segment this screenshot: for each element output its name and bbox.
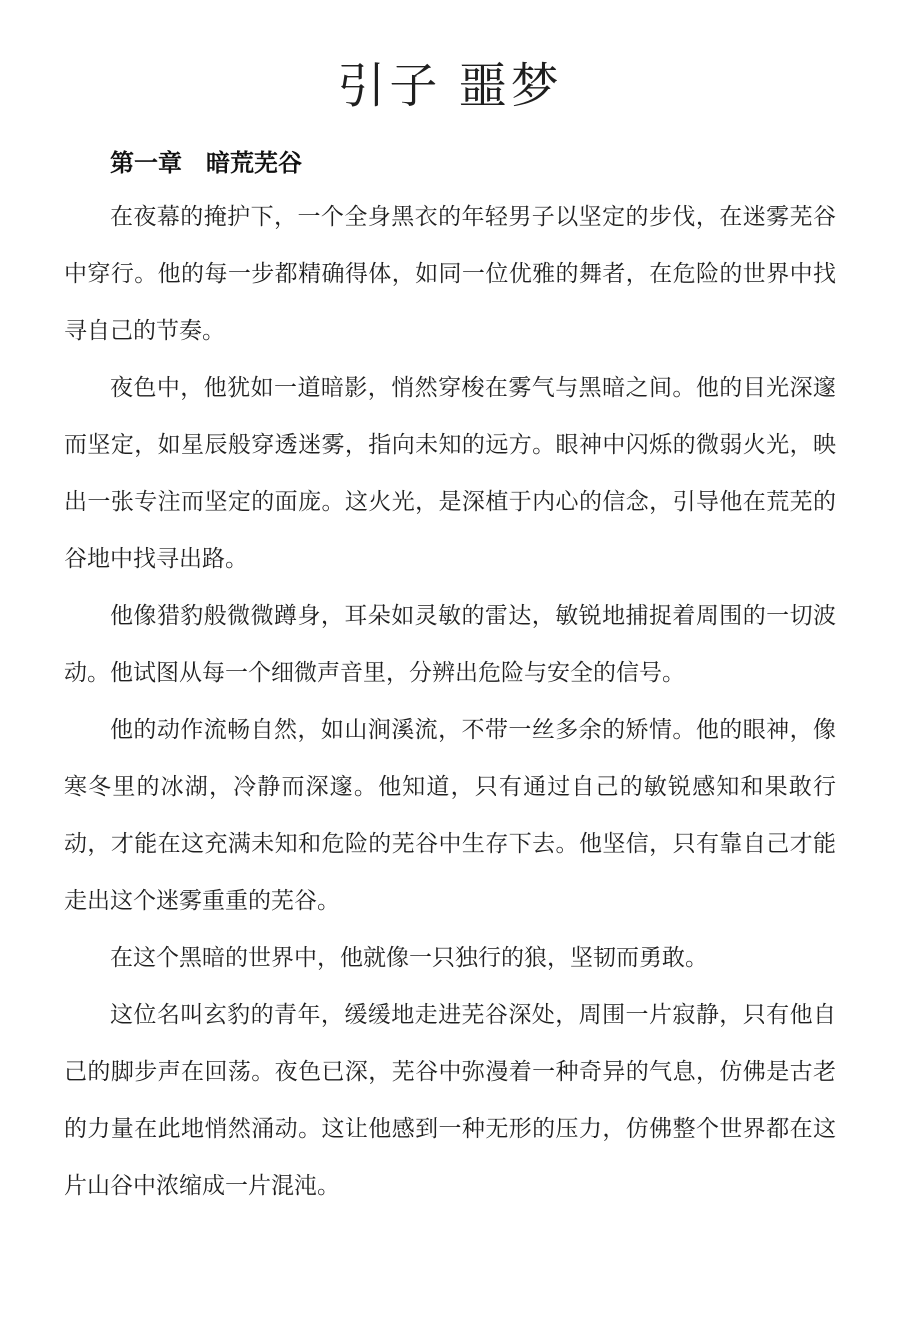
paragraph: 这位名叫玄豹的青年，缓缓地走进芜谷深处，周围一片寂静，只有他自己的脚步声在回荡。… (64, 986, 836, 1214)
paragraph: 夜色中，他犹如一道暗影，悄然穿梭在雾气与黑暗之间。他的目光深邃而坚定，如星辰般穿… (64, 359, 836, 587)
paragraph: 在夜幕的掩护下，一个全身黑衣的年轻男子以坚定的步伐，在迷雾芜谷中穿行。他的每一步… (64, 188, 836, 359)
paragraph: 他像猎豹般微微蹲身，耳朵如灵敏的雷达，敏锐地捕捉着周围的一切波动。他试图从每一个… (64, 587, 836, 701)
paragraph: 在这个黑暗的世界中，他就像一只独行的狼，坚韧而勇敢。 (64, 929, 836, 986)
paragraph: 他的动作流畅自然，如山涧溪流，不带一丝多余的矫情。他的眼神，像寒冬里的冰湖，冷静… (64, 701, 836, 929)
body-text: 在夜幕的掩护下，一个全身黑衣的年轻男子以坚定的步伐，在迷雾芜谷中穿行。他的每一步… (64, 188, 836, 1214)
chapter-heading: 第一章 暗荒芜谷 (64, 144, 836, 184)
document-page: 引子 噩梦 第一章 暗荒芜谷 在夜幕的掩护下，一个全身黑衣的年轻男子以坚定的步伐… (0, 0, 900, 1343)
document-title: 引子 噩梦 (64, 46, 836, 120)
